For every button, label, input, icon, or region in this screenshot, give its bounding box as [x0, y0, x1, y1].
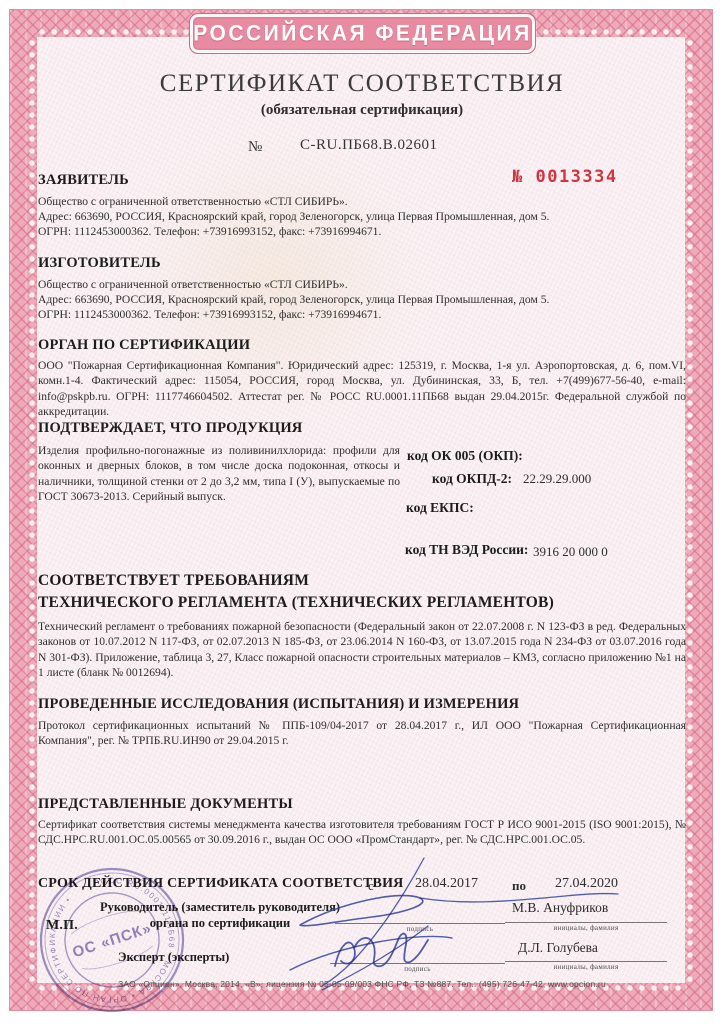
- certificate-subtitle: (обязательная сертификация): [0, 102, 724, 119]
- cert-number-sign: №: [248, 139, 262, 156]
- country-banner: РОССИЙСКАЯ ФЕДЕРАЦИЯ: [189, 13, 536, 54]
- product-heading: ПОДТВЕРЖДАЕТ, ЧТО ПРОДУКЦИЯ: [38, 420, 302, 437]
- head-signature-scribble: [300, 896, 423, 926]
- documents-text: Сертификат соответствия системы менеджме…: [38, 817, 686, 848]
- documents-heading: ПРЕДСТАВЛЕННЫЕ ДОКУМЕНТЫ: [38, 796, 293, 813]
- manufacturer-line: ОГРН: 1112453000362. Телефон: +739169931…: [38, 307, 668, 322]
- border-dots-left: [27, 37, 37, 983]
- code-tnved-label: код ТН ВЭД России:: [405, 542, 528, 558]
- code-tnved-value: 3916 20 000 0: [533, 544, 608, 560]
- printer-imprint: ЗАО «Опцион», Москва, 2014, «В», лицензи…: [0, 979, 724, 989]
- applicant-line: Адрес: 663690, РОССИЯ, Красноярский край…: [38, 209, 668, 224]
- code-okpd2-value: 22.29.29.000: [523, 471, 591, 487]
- certificate-title: СЕРТИФИКАТ СООТВЕТСТВИЯ: [0, 70, 724, 98]
- cert-body-text: ООО "Пожарная Сертификационная Компания"…: [38, 358, 686, 419]
- tests-text: Протокол сертификационных испытаний № ПП…: [38, 718, 686, 749]
- blank-number: № 0013334: [512, 167, 618, 187]
- code-ekps-label: код ЕКПС:: [406, 500, 474, 516]
- manufacturer-heading: ИЗГОТОВИТЕЛЬ: [38, 255, 161, 272]
- country-banner-label: РОССИЙСКАЯ ФЕДЕРАЦИЯ: [193, 21, 531, 46]
- applicant-line: ОГРН: 1112453000362. Телефон: +739169931…: [38, 224, 668, 239]
- code-okp-label: код ОК 005 (ОКП):: [407, 448, 523, 464]
- border-dots-right: [685, 37, 695, 983]
- compliance-heading-2: ТЕХНИЧЕСКОГО РЕГЛАМЕНТА (ТЕХНИЧЕСКИХ РЕГ…: [38, 594, 554, 612]
- cert-body-heading: ОРГАН ПО СЕРТИФИКАЦИИ: [38, 337, 250, 354]
- code-okpd2-label: код ОКПД-2:: [432, 471, 512, 487]
- applicant-heading: ЗАЯВИТЕЛЬ: [38, 172, 129, 189]
- product-description: Изделия профильно-погонажные из поливини…: [38, 443, 400, 504]
- signatures-overlay: [260, 850, 680, 1020]
- manufacturer-line: Общество с ограниченной ответственностью…: [38, 277, 668, 292]
- cert-number-value: C-RU.ПБ68.В.02601: [300, 137, 438, 154]
- compliance-heading-1: СООТВЕТСТВУЕТ ТРЕБОВАНИЯМ: [38, 572, 309, 590]
- manufacturer-line: Адрес: 663690, РОССИЯ, Красноярский край…: [38, 292, 668, 307]
- applicant-line: Общество с ограниченной ответственностью…: [38, 194, 668, 209]
- certificate-page: РОССИЙСКАЯ ФЕДЕРАЦИЯ СЕРТИФИКАТ СООТВЕТС…: [0, 0, 724, 1024]
- certification-stamp-icon: РОСС RU.0001.11ПБ68 • МОСКВА • ОРГАН ПО …: [30, 858, 194, 1022]
- expert-signature-scribble: [335, 934, 428, 967]
- head-signature-scribble: [420, 894, 618, 902]
- compliance-text: Технический регламент о требованиях пожа…: [38, 619, 686, 680]
- tests-heading: ПРОВЕДЕННЫЕ ИССЛЕДОВАНИЯ (ИСПЫТАНИЯ) И И…: [38, 696, 519, 713]
